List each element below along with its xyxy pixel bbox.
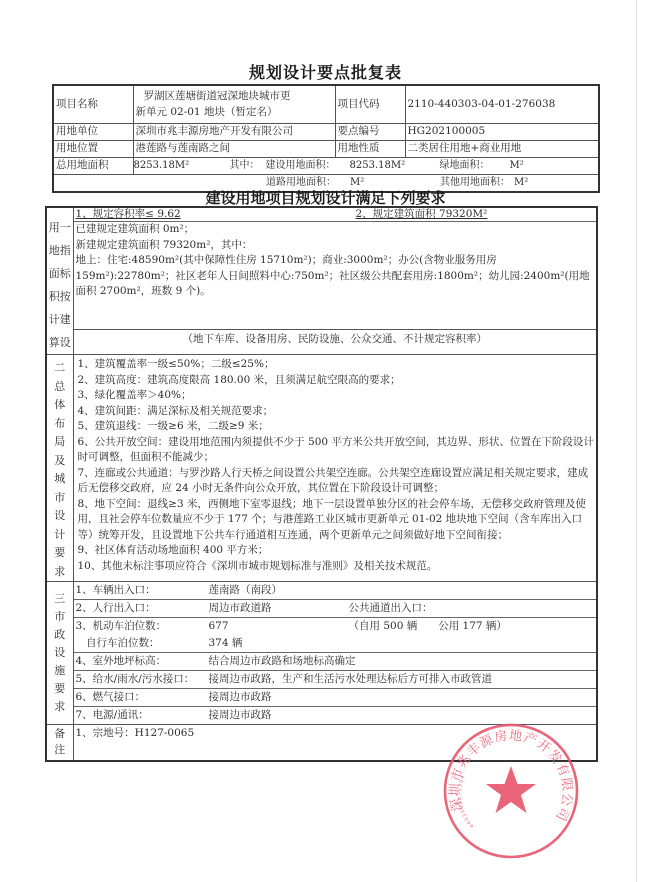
total-area-label: 总用地面积 bbox=[53, 157, 133, 174]
land-unit-value: 深圳市兆丰源房地产开发有限公司 bbox=[133, 123, 335, 140]
project-info-table: 项目名称 罗湖区莲塘街道冠深地块城市更 新单元 02-01 地块（暂定名） 项目… bbox=[52, 84, 600, 193]
infra-row-7: 6、燃气接口： 接周边市政路 bbox=[74, 689, 597, 707]
infra-row-6: 5、给水/雨水/污水接口： 接周边市政路，生产和生活污水处理达标后方可排入市政管… bbox=[74, 671, 597, 689]
layout-item-3: 3、绿化覆盖率＞40%； bbox=[76, 388, 595, 404]
infra-row-5: 4、室外地坪标高： 结合周边市政路和场地标高确定 bbox=[74, 653, 597, 671]
project-code-value: 2110-440303-04-01-276038 bbox=[405, 85, 599, 123]
project-name-label: 项目名称 bbox=[53, 85, 133, 123]
layout-item-9: 9、社区体育活动场地面积 400 平方米； bbox=[76, 543, 595, 559]
infra-row-2: 2、人行出入口： 周边市政道路 公共通道出入口： bbox=[74, 600, 597, 618]
build-area-label: 建设用地面积： bbox=[266, 158, 350, 173]
remarks-label: 备 注 bbox=[46, 725, 73, 761]
svg-text:4403030075304: 4403030075304 bbox=[457, 774, 475, 829]
of-which-label: 其中： bbox=[230, 158, 266, 173]
infra-row-3: 3、机动车泊位数： 677 （自用 500 辆 公用 177 辆） bbox=[74, 618, 597, 635]
project-name-line1: 罗湖区莲塘街道冠深地块城市更 bbox=[136, 88, 333, 104]
build-area-value: 8253.18M² bbox=[350, 158, 440, 173]
point-no-label: 要点编号 bbox=[335, 123, 405, 140]
requirements-table: 用一 地指 面标 积按 计建 算设 1、规定容积率≤ 9.62 2、规定建筑面积… bbox=[45, 206, 598, 762]
location-value: 港莲路与莲南路之间 bbox=[133, 140, 335, 157]
section3-label: 三 市 政 设 施 要 求 bbox=[46, 582, 73, 725]
section2-label: 二 总 体 布 局 及 城 市 设 计 要 求 bbox=[46, 355, 73, 582]
layout-item-10: 10、其他未标注事项应符合《深圳市城市规划标准与准则》及相关技术规范。 bbox=[76, 559, 595, 575]
section1-note: （地下车库、设备用房、民防设施、公众交通、不计规定容积率） bbox=[74, 329, 597, 349]
infra-row-1: 1、车辆出入口： 莲南路（南段） bbox=[74, 582, 597, 600]
section1-line-2: 新建规定建筑面积 79320m²，其中： bbox=[74, 238, 597, 254]
layout-item-7: 7、连廊或公共通道：与罗沙路人行天桥之间设置公共架空连廊。公共架空连廊设置应满足… bbox=[76, 466, 595, 497]
location-label: 用地位置 bbox=[53, 140, 133, 157]
section1-label: 用一 地指 面标 积按 计建 算设 bbox=[46, 207, 73, 355]
land-unit-label: 用地单位 bbox=[53, 123, 133, 140]
layout-item-6: 6、公共开放空间：建设用地范围内须提供不少于 500 平方米公共开放空间，其边界… bbox=[76, 435, 595, 466]
company-seal-icon: 深圳市兆丰源房地产开发有限公司 4403030075304 bbox=[442, 722, 580, 860]
point-no-value: HG202100005 bbox=[405, 123, 599, 140]
green-area-label: 绿地面积： bbox=[440, 158, 510, 173]
requirements-title: 建设用地项目规划设计满足下列要求 bbox=[0, 187, 651, 208]
layout-item-5: 5、建筑退线：一级≥6 米，二级≥9 米； bbox=[76, 419, 595, 435]
far-requirement: 1、规定容积率≤ 9.62 bbox=[76, 208, 356, 221]
layout-item-1: 1、建筑覆盖率一级≤50%；二级≤25%； bbox=[76, 357, 595, 373]
nature-label: 用地性质 bbox=[335, 140, 405, 157]
project-code-label: 项目代码 bbox=[335, 85, 405, 123]
layout-item-8: 8、地下空间：退线≥3 米，西侧地下室零退线；地下一层设置单独分区的社会停车场，… bbox=[76, 497, 595, 544]
project-name-line2: 新单元 02-01 地块（暂定名） bbox=[136, 104, 333, 120]
total-area-value: 8253.18M² bbox=[134, 158, 230, 173]
section1-line-3: 地上：住宅:48590m²(其中保障性住房 15710m²)；商业:3000m²… bbox=[74, 253, 597, 329]
document-title: 规划设计要点批复表 bbox=[0, 60, 651, 83]
nature-value: 二类居住用地+商业用地 bbox=[405, 140, 599, 157]
gfa-requirement: 2、规定建筑面积 79320M² bbox=[356, 208, 488, 221]
infra-row-4: 自行车泊位数： 374 辆 bbox=[74, 635, 597, 653]
page-edge-line bbox=[636, 0, 637, 882]
section1-line-1: 已建规定建筑面积 0m²； bbox=[74, 222, 597, 238]
green-area-value: M² bbox=[510, 158, 524, 173]
layout-item-4: 4、建筑间距：满足深标及相关规范要求； bbox=[76, 404, 595, 420]
layout-item-2: 2、建筑高度：建筑高度限高 180.00 米，且须满足航空限高的要求； bbox=[76, 373, 595, 389]
